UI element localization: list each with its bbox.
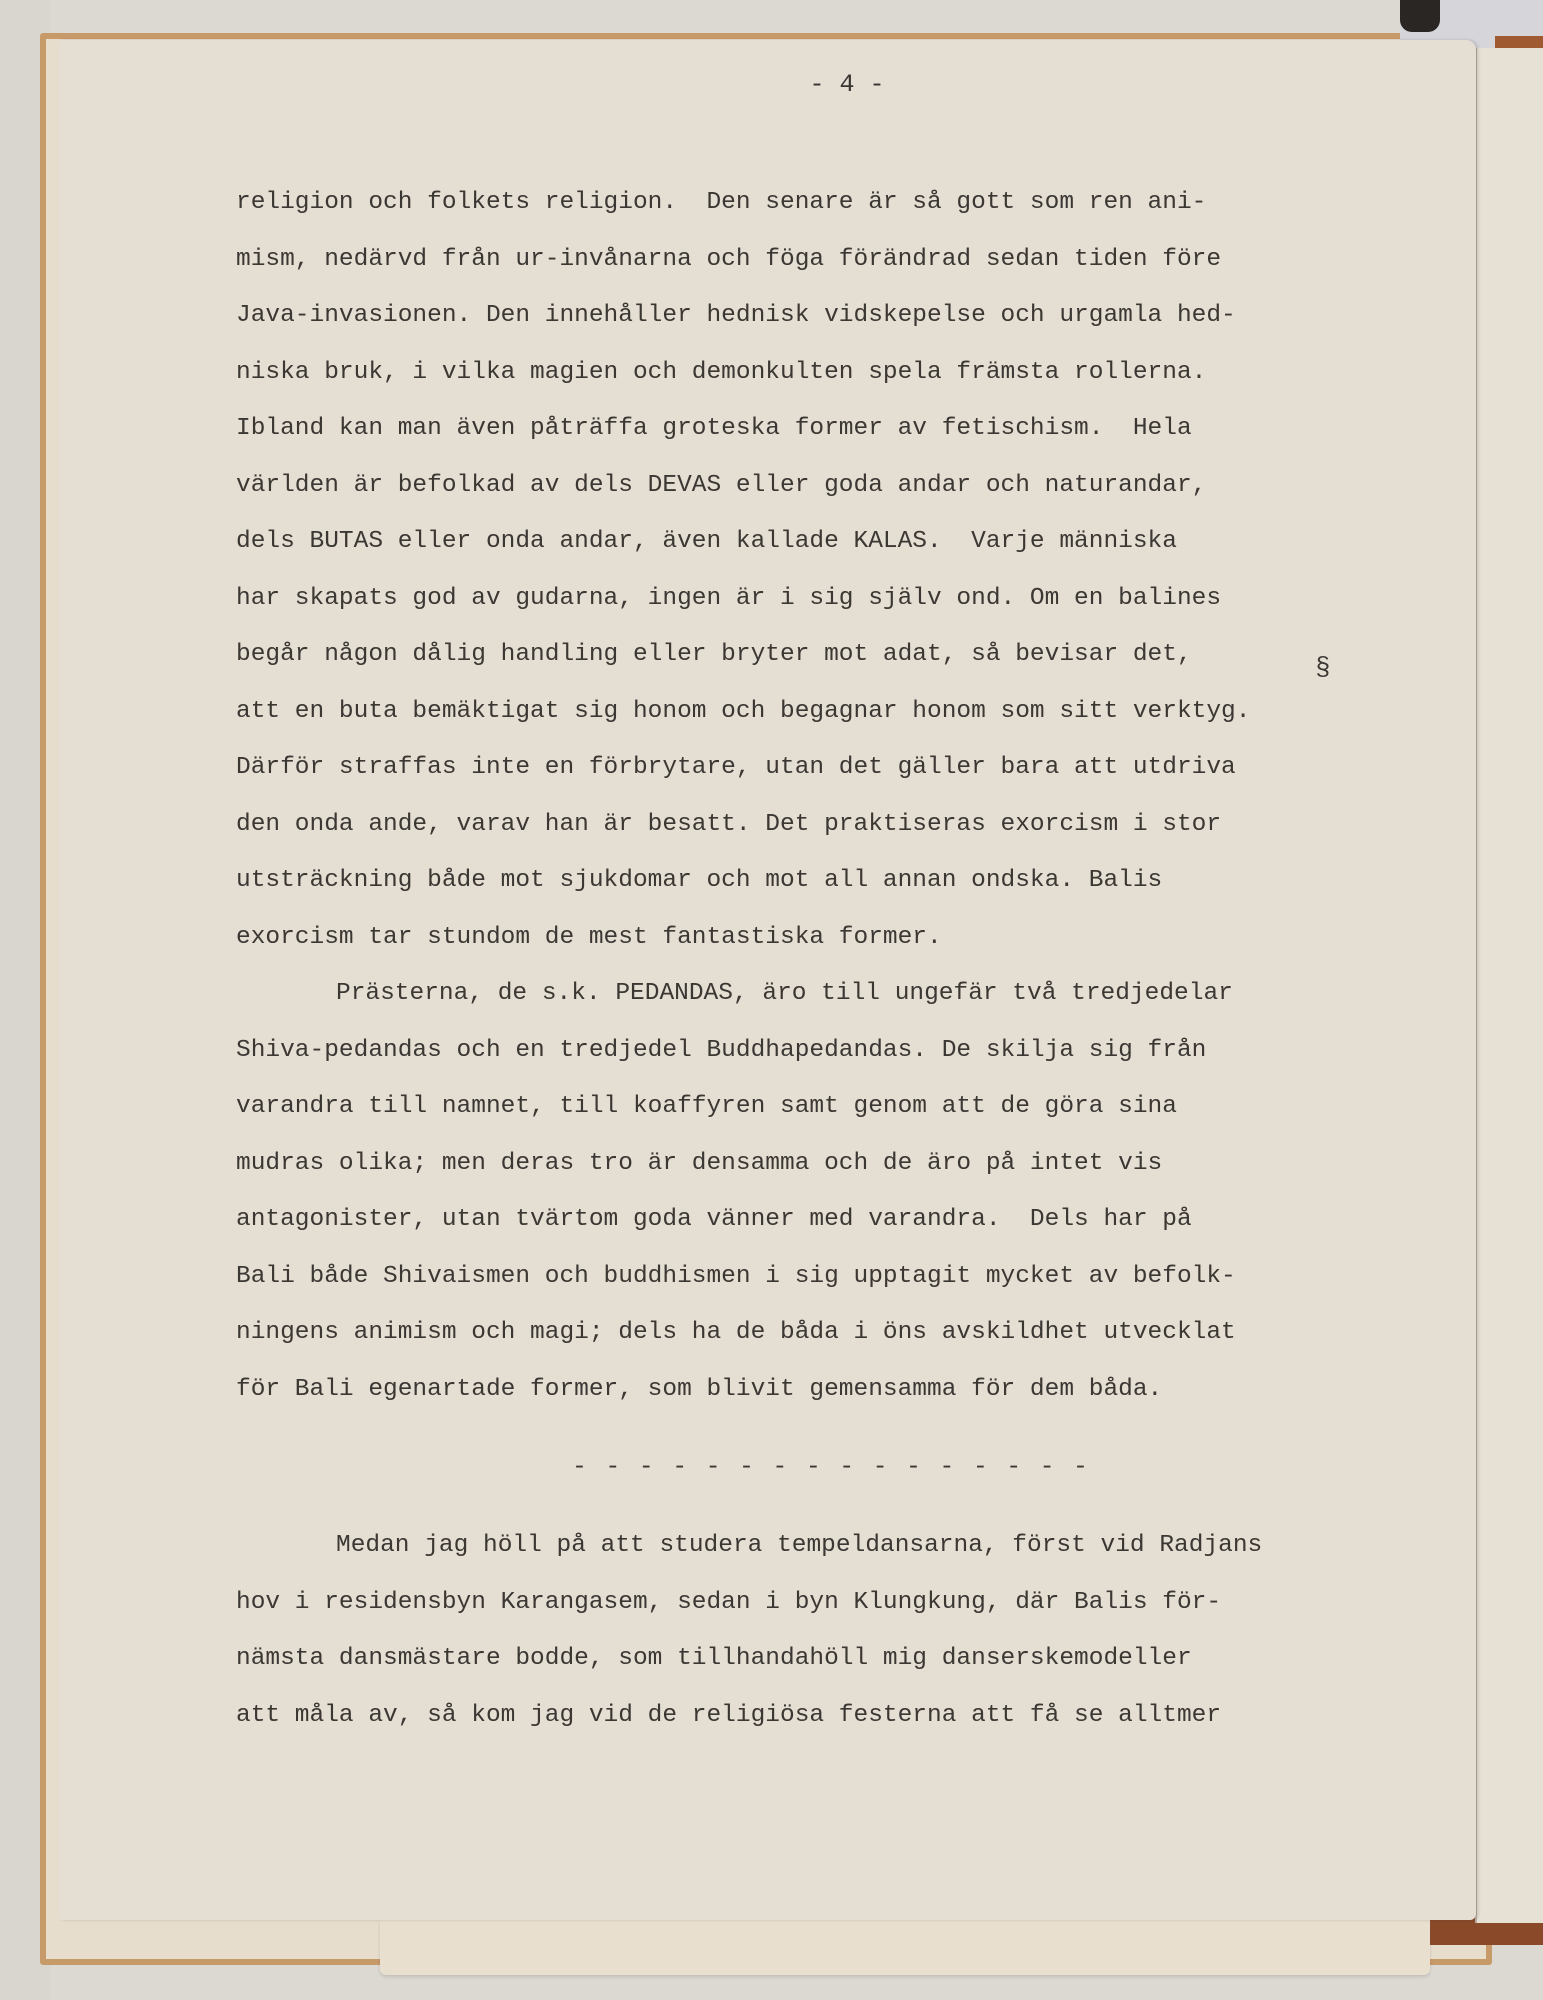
text-line: nämsta dansmästare bodde, som tillhandah… (236, 1631, 1466, 1688)
text-line: Prästerna, de s.k. PEDANDAS, äro till un… (236, 966, 1466, 1023)
paragraph-2: Prästerna, de s.k. PEDANDAS, äro till un… (236, 966, 1466, 1418)
typewritten-page: - 4 - religion och folkets religion. Den… (58, 40, 1476, 1920)
text-line: mudras olika; men deras tro är densamma … (236, 1136, 1466, 1193)
text-line: Java-invasionen. Den innehåller hednisk … (236, 288, 1466, 345)
text-line: för Bali egenartade former, som blivit g… (236, 1362, 1466, 1419)
text-line: exorcism tar stundom de mest fantastiska… (236, 910, 1466, 967)
text-line: att måla av, så kom jag vid de religiösa… (236, 1688, 1466, 1745)
text-line: Medan jag höll på att studera tempeldans… (236, 1518, 1466, 1575)
text-line: ningens animism och magi; dels ha de båd… (236, 1305, 1466, 1362)
text-line: antagonister, utan tvärtom goda vänner m… (236, 1192, 1466, 1249)
page-number: - 4 - (58, 70, 1476, 99)
text-line: världen är befolkad av dels DEVAS eller … (236, 458, 1466, 515)
cover-top-edge (1495, 36, 1543, 48)
section-separator: - - - - - - - - - - - - - - - - (236, 1418, 1466, 1518)
text-line: mism, nedärvd från ur-invånarna och föga… (236, 232, 1466, 289)
text-line: dels BUTAS eller onda andar, även kallad… (236, 514, 1466, 571)
body-text: religion och folkets religion. Den senar… (236, 175, 1466, 1744)
underlying-sheet-edge (380, 1920, 1430, 1975)
text-line: hov i residensbyn Karangasem, sedan i by… (236, 1575, 1466, 1632)
handwritten-margin-mark: § (1315, 653, 1331, 683)
text-line: den onda ande, varav han är besatt. Det … (236, 797, 1466, 854)
text-line: niska bruk, i vilka magien och demonkult… (236, 345, 1466, 402)
text-line: varandra till namnet, till koaffyren sam… (236, 1079, 1466, 1136)
text-line: utsträckning både mot sjukdomar och mot … (236, 853, 1466, 910)
text-line: Bali både Shivaismen och buddhismen i si… (236, 1249, 1466, 1306)
text-line: Shiva-pedandas och en tredjedel Buddhape… (236, 1023, 1466, 1080)
text-line: att en buta bemäktigat sig honom och beg… (236, 684, 1466, 741)
dark-binding-corner (1400, 0, 1440, 32)
paragraph-3: Medan jag höll på att studera tempeldans… (236, 1518, 1466, 1744)
text-line: Ibland kan man även påträffa groteska fo… (236, 401, 1466, 458)
text-line: Därför straffas inte en förbrytare, utan… (236, 740, 1466, 797)
text-line: har skapats god av gudarna, ingen är i s… (236, 571, 1466, 628)
text-line: religion och folkets religion. Den senar… (236, 175, 1466, 232)
facing-page (1475, 48, 1543, 1923)
text-line: begår någon dålig handling eller bryter … (236, 627, 1466, 684)
paragraph-1: religion och folkets religion. Den senar… (236, 175, 1466, 966)
